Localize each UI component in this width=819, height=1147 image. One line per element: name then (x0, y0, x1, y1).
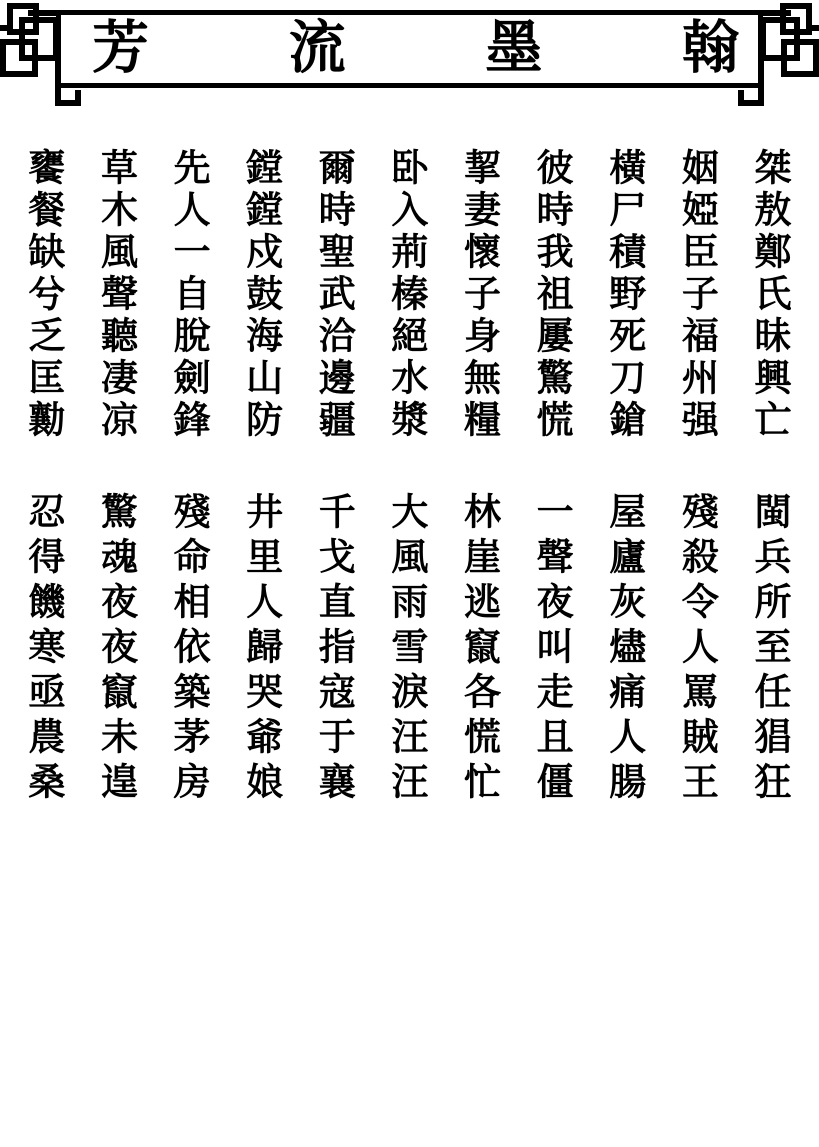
page-title: 芳 流 墨 翰 (92, 14, 739, 82)
poem-column: 饔餐缺兮乏匡勷 (22, 148, 61, 440)
poem-column: 挈妻懷子身無糧 (458, 148, 497, 440)
poem-column: 彼時我祖屢驚慌 (530, 148, 569, 440)
poem-column: 林崖逃竄各慌忙 (458, 492, 497, 804)
poem-column: 桀敖鄭氏昧興亡 (748, 148, 787, 440)
poem-column: 一聲夜叫走且僵 (530, 492, 569, 804)
corner-knot-icon (0, 0, 100, 112)
title-char: 芳 (92, 20, 149, 77)
poem-column: 屋廬灰燼痛人腸 (603, 492, 642, 804)
stanza-1: 桀敖鄭氏昧興亡 姻婭臣子福州强 橫尸積野死刀鎗 彼時我祖屢驚慌 挈妻懷子身無糧 … (22, 148, 787, 440)
poem-column: 殘殺令人罵賊王 (675, 492, 714, 804)
document-page: 芳 流 墨 翰 桀敖鄭氏昧興亡 姻婭臣子福州强 橫尸積野死刀鎗 彼時我祖屢驚慌 … (0, 0, 819, 1147)
poem-column: 先人一自脫劍鋒 (167, 148, 206, 440)
poem-column: 鏜鏜戍鼓海山防 (240, 148, 279, 440)
title-char: 墨 (485, 20, 542, 77)
poem-column: 殘命相依築茅房 (167, 492, 206, 804)
title-char: 流 (289, 20, 346, 77)
poem-column: 卧入荊榛絕水漿 (385, 148, 424, 440)
poem-column: 姻婭臣子福州强 (675, 148, 714, 440)
title-char: 翰 (682, 20, 739, 77)
stanza-2: 閩兵所至任猖狂 殘殺令人罵賊王 屋廬灰燼痛人腸 一聲夜叫走且僵 林崖逃竄各慌忙 … (22, 492, 787, 804)
poem-column: 忍得饑寒亟農桑 (22, 492, 61, 804)
poem-column: 草木風聲聽凄凉 (95, 148, 134, 440)
poem-column: 大風雨雪淚汪汪 (385, 492, 424, 804)
poem-column: 橫尸積野死刀鎗 (603, 148, 642, 440)
poem-column: 爾時聖武洽邊疆 (312, 148, 351, 440)
poem-column: 驚魂夜夜竄未遑 (95, 492, 134, 804)
poem-column: 井里人歸哭爺娘 (240, 492, 279, 804)
poem-column: 千戈直指寇于襄 (312, 492, 351, 804)
poem-column: 閩兵所至任猖狂 (748, 492, 787, 804)
